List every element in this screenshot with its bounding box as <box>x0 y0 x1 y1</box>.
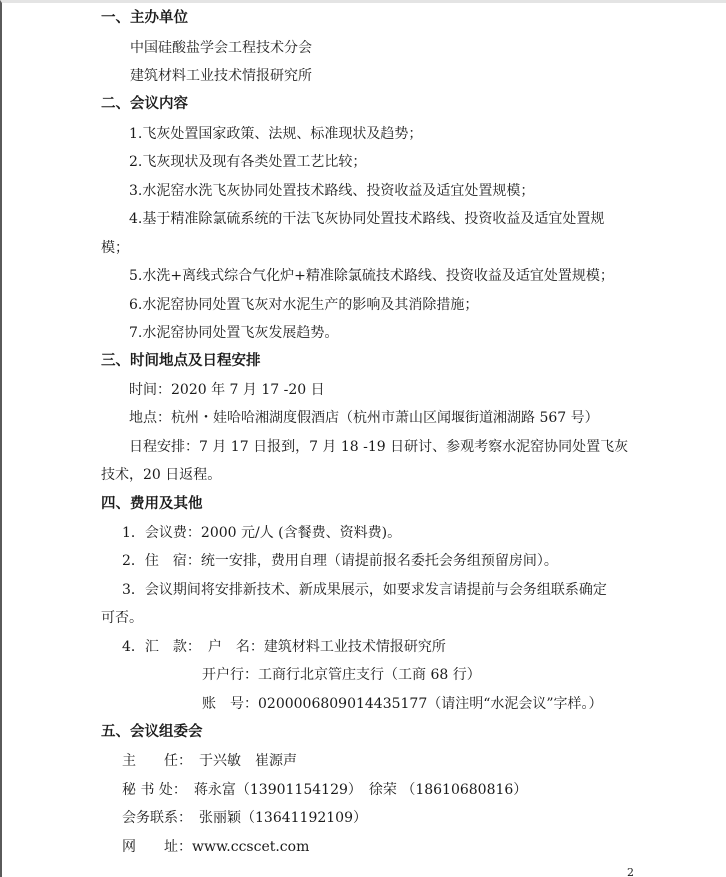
committee-chair: 主 任： 于兴敏 崔源声 <box>122 752 297 770</box>
content-item: 3.水泥窑水洗飞灰协同处置技术路线、投资收益及适宜处置规模； <box>129 182 534 200</box>
content-item: 4.基于精准除氯硫系统的干法飞灰协同处置技术路线、投资收益及适宜处置规 <box>129 210 604 228</box>
committee-contact: 会务联系： 张丽颖（13641192109） <box>122 809 367 827</box>
fee-item: 3．会议期间将安排新技术、新成果展示，如要求发言请提前与会务组联系确定 <box>122 581 607 599</box>
content-item-continued: 模； <box>101 239 129 257</box>
schedule-agenda: 日程安排：7 月 17 日报到，7 月 18 -19 日研讨、参观考察水泥窑协同… <box>129 438 628 456</box>
remittance-bank: 开户行：工商行北京管庄支行（工商 68 行） <box>202 666 481 684</box>
schedule-time: 时间：2020 年 7 月 17 -20 日 <box>129 381 325 399</box>
content-item: 2.飞灰现状及现有各类处置工艺比较； <box>129 153 366 171</box>
content-item: 7.水泥窑协同处置飞灰发展趋势。 <box>129 324 338 342</box>
section-heading-schedule: 三、时间地点及日程安排 <box>101 352 261 370</box>
fee-item: 1．会议费：2000 元/人 (含餐费、资料费)。 <box>122 524 401 542</box>
organizer-line: 建筑材料工业技术情报研究所 <box>130 67 312 85</box>
content-item: 5.水洗+离线式综合气化炉+精准除氯硫技术路线、投资收益及适宜处置规模； <box>129 267 614 285</box>
fee-item-continued: 可否。 <box>101 609 143 627</box>
remittance-account-name: 4．汇 款： 户 名：建筑材料工业技术情报研究所 <box>122 638 446 656</box>
content-item: 1.飞灰处置国家政策、法规、标准现状及趋势； <box>129 125 422 143</box>
document-page: 一、主办单位 中国硅酸盐学会工程技术分会 建筑材料工业技术情报研究所 二、会议内… <box>0 0 726 877</box>
committee-website: 网 址：www.ccscet.com <box>122 838 309 856</box>
schedule-agenda-continued: 技术，20 日返程。 <box>101 466 221 484</box>
section-heading-committee: 五、会议组委会 <box>101 723 203 741</box>
organizer-line: 中国硅酸盐学会工程技术分会 <box>130 39 312 57</box>
schedule-location: 地点：杭州・娃哈哈湘湖度假酒店（杭州市萧山区闻堰街道湘湖路 567 号） <box>129 409 599 427</box>
page-number: 2 <box>627 864 634 877</box>
section-heading-organizers: 一、主办单位 <box>101 9 188 27</box>
content-item: 6.水泥窑协同处置飞灰对水泥生产的影响及其消除措施； <box>129 296 478 314</box>
section-heading-fees: 四、费用及其他 <box>101 495 203 513</box>
remittance-account-number: 账 号：0200006809014435177（请注明“水泥会议”字样。） <box>202 695 603 713</box>
section-heading-content: 二、会议内容 <box>101 95 188 113</box>
committee-secretariat: 秘 书 处： 蒋永富（13901154129） 徐荣 （18610680816） <box>122 781 527 799</box>
fee-item: 2．住 宿：统一安排，费用自理（请提前报名委托会务组预留房间）。 <box>122 552 558 570</box>
